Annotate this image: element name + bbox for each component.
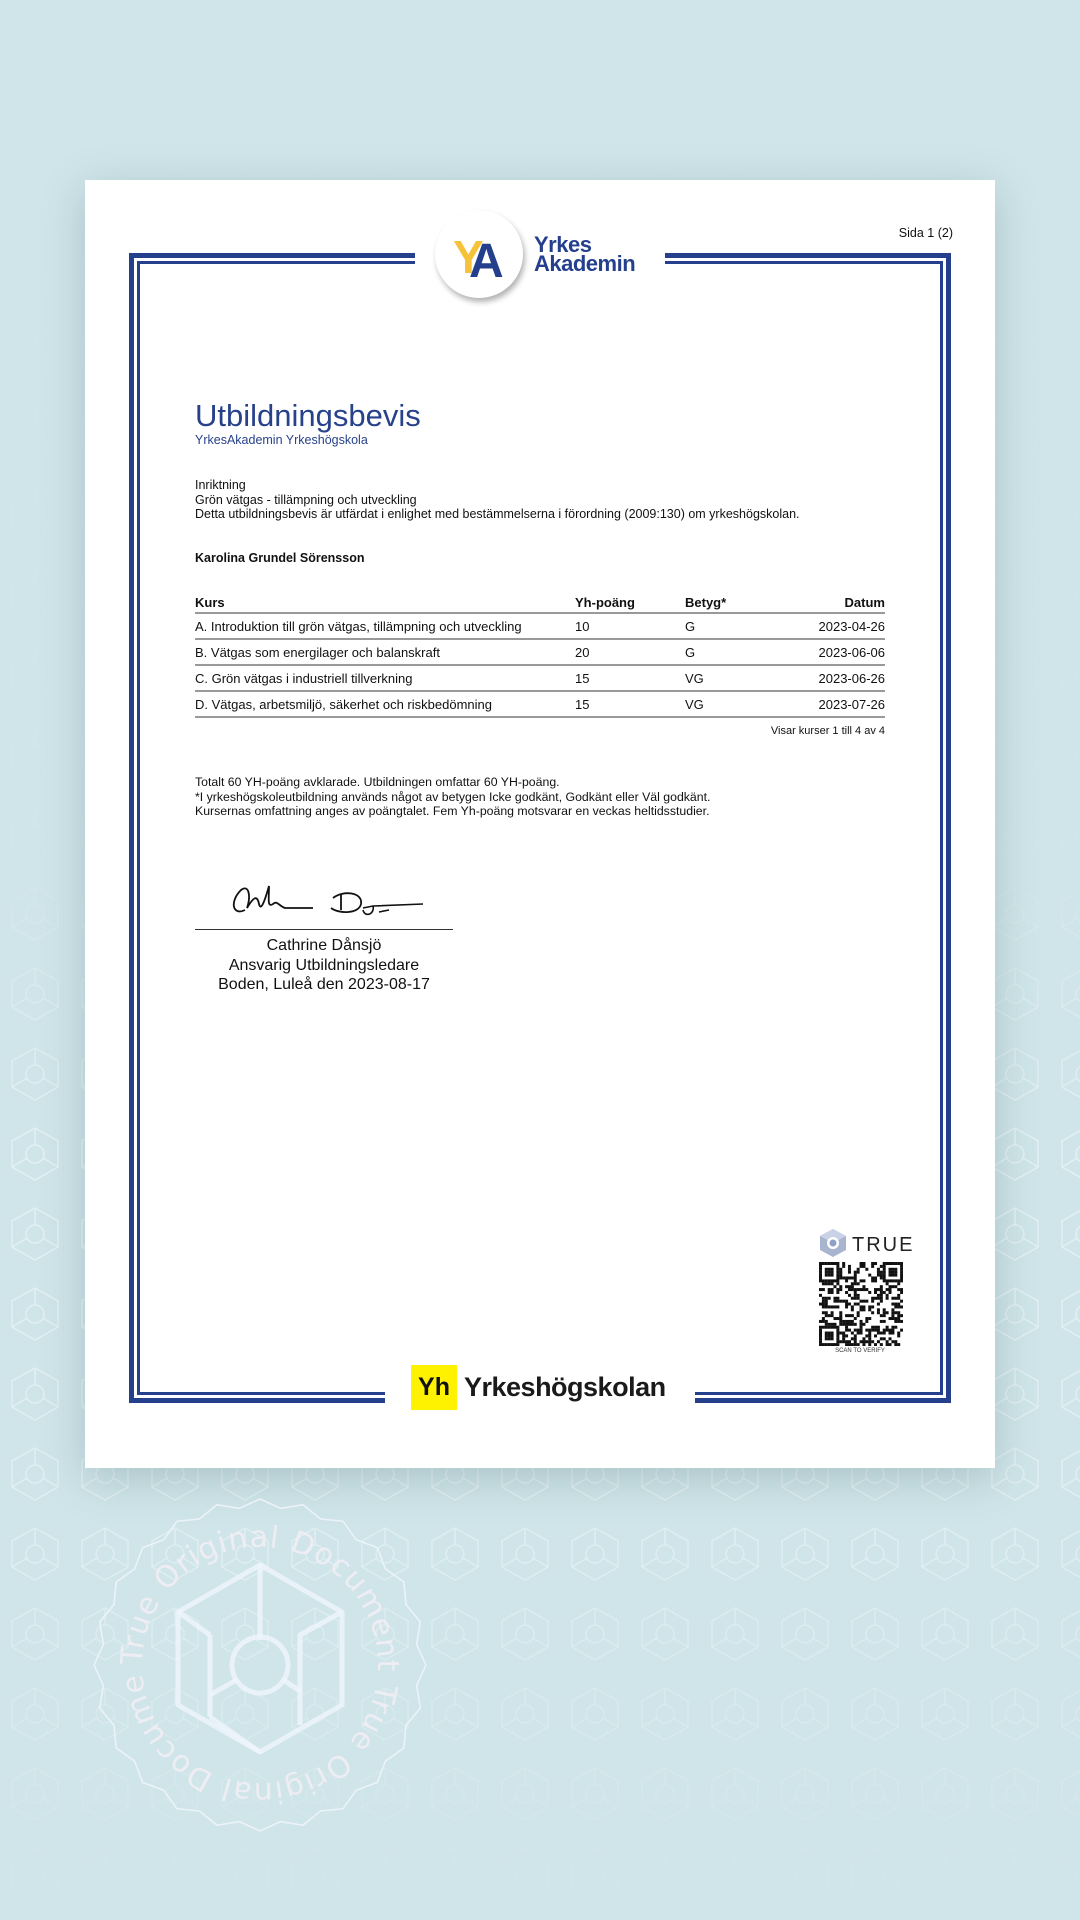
course-points: 15 — [575, 691, 685, 717]
logo-a-glyph: A — [469, 234, 504, 289]
signature-place-date: Boden, Luleå den 2023-08-17 — [195, 975, 453, 995]
course-points: 20 — [575, 639, 685, 665]
yrkesakademin-logo-badge: Y A — [435, 210, 523, 298]
header-points: Yh-poäng — [575, 592, 685, 613]
student-name: Karolina Grundel Sörensson — [195, 551, 885, 565]
yrkesakademin-wordmark: Yrkes Akademin — [534, 235, 635, 273]
courses-count: Visar kurser 1 till 4 av 4 — [771, 725, 885, 737]
course-date: 2023-06-06 — [795, 639, 885, 665]
course-points: 10 — [575, 613, 685, 639]
table-header-row: Kurs Yh-poäng Betyg* Datum — [195, 592, 885, 613]
course-grade: VG — [685, 691, 795, 717]
qr-code[interactable] — [819, 1262, 903, 1346]
legal-statement: Detta utbildningsbevis är utfärdat i enl… — [195, 507, 885, 522]
table-row: B. Vätgas som energilager och balanskraf… — [195, 639, 885, 665]
course-grade: VG — [685, 665, 795, 691]
courses-table: Kurs Yh-poäng Betyg* Datum A. Introdukti… — [195, 592, 885, 718]
scope-note: Kursernas omfattning anges av poängtalet… — [195, 804, 885, 819]
school-name: YrkesAkademin Yrkeshögskola — [195, 433, 885, 447]
header-date: Datum — [795, 592, 885, 613]
notes: Totalt 60 YH-poäng avklarade. Utbildning… — [195, 775, 885, 819]
grades-note: *I yrkeshögskoleutbildning används något… — [195, 790, 885, 805]
direction-name: Grön vätgas - tillämpning och utveckling — [195, 493, 885, 508]
total-points-note: Totalt 60 YH-poäng avklarade. Utbildning… — [195, 775, 885, 790]
header-course: Kurs — [195, 592, 575, 613]
svg-text:True Original Document True: True Original Document True Original Doc… — [90, 1495, 405, 1810]
course-date: 2023-07-26 — [795, 691, 885, 717]
true-brand: TRUE — [852, 1234, 914, 1257]
signatory-name: Cathrine Dånsjö — [195, 936, 453, 956]
course-name: B. Vätgas som energilager och balanskraf… — [195, 639, 575, 665]
course-name: A. Introduktion till grön vätgas, tilläm… — [195, 613, 575, 639]
program-info: Inriktning Grön vätgas - tillämpning och… — [195, 478, 885, 522]
page-number: Sida 1 (2) — [899, 226, 953, 240]
table-row: D. Vätgas, arbetsmiljö, säkerhet och ris… — [195, 691, 885, 717]
wordmark-line2: Akademin — [534, 254, 635, 273]
certificate-page: Sida 1 (2) Y A Yrkes Akademin Utbildning… — [85, 180, 995, 1468]
table-row: A. Introduktion till grön vätgas, tilläm… — [195, 613, 885, 639]
true-logo-icon — [819, 1228, 847, 1258]
header-grade: Betyg* — [685, 592, 795, 613]
signatory-role: Ansvarig Utbildningsledare — [195, 956, 453, 976]
scan-to-verify-label: SCAN TO VERIFY — [817, 1348, 903, 1354]
course-date: 2023-04-26 — [795, 613, 885, 639]
course-points: 15 — [575, 665, 685, 691]
yh-mark: Yh — [411, 1365, 457, 1410]
true-original-seal: True Original Document True Original Doc… — [90, 1495, 430, 1835]
table-row: C. Grön vätgas i industriell tillverknin… — [195, 665, 885, 691]
signatory-info: Cathrine Dånsjö Ansvarig Utbildningsleda… — [195, 936, 453, 995]
course-date: 2023-06-26 — [795, 665, 885, 691]
handwritten-signature — [223, 880, 433, 925]
yh-wordmark: Yrkeshögskolan — [464, 1372, 666, 1403]
signature-line — [195, 929, 453, 930]
course-grade: G — [685, 613, 795, 639]
course-name: D. Vätgas, arbetsmiljö, säkerhet och ris… — [195, 691, 575, 717]
document-title: Utbildningsbevis — [195, 398, 885, 434]
direction-label: Inriktning — [195, 478, 885, 493]
course-grade: G — [685, 639, 795, 665]
course-name: C. Grön vätgas i industriell tillverknin… — [195, 665, 575, 691]
